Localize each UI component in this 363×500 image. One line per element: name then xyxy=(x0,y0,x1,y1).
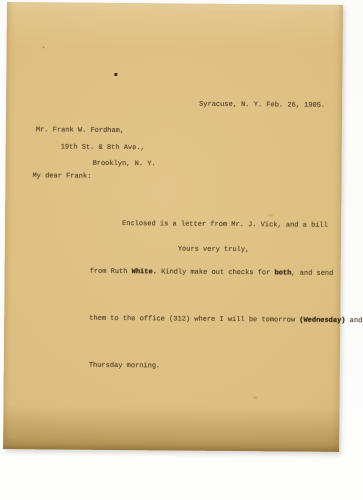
body-line-2: from Ruth White. Kindly make out checks … xyxy=(90,264,342,282)
paper-stain xyxy=(254,396,258,399)
recipient-city: Brooklyn, N. Y. xyxy=(93,159,156,170)
body-text-segment: them to the office (312) where I will be… xyxy=(89,314,299,324)
body-text-overstrike: White. xyxy=(132,268,157,276)
scan-background: Syracuse, N. Y. Feb. 26, 1905. Mr. Frank… xyxy=(0,0,363,500)
letter-body: Enclosed is a letter from Mr. J. Vick, a… xyxy=(88,186,342,408)
letter-dateline: Syracuse, N. Y. Feb. 26, 1905. xyxy=(199,100,325,111)
body-line-3: them to the office (312) where I will be… xyxy=(89,311,341,329)
letter-paper: Syracuse, N. Y. Feb. 26, 1905. Mr. Frank… xyxy=(3,2,343,452)
body-line-1: Enclosed is a letter from Mr. J. Vick, a… xyxy=(90,217,342,235)
recipient-street: 19th St. & 8th Ave., xyxy=(61,142,145,153)
body-line-4: Thursday morning. xyxy=(89,358,341,376)
body-text-segment: Kindly make out checks for xyxy=(157,268,275,277)
paper-speck xyxy=(114,73,117,76)
body-text-segment: Enclosed is a letter from Mr. J. Vick, a… xyxy=(122,220,328,230)
letter-salutation: My dear Frank: xyxy=(32,171,91,182)
paper-speck xyxy=(43,46,45,48)
paper-stain xyxy=(268,214,273,216)
recipient-name: Mr. Frank W. Fordham, xyxy=(36,125,124,136)
body-text-overstrike: (Wednesday) xyxy=(299,316,345,324)
body-text-segment: from Ruth xyxy=(90,267,132,275)
body-text-segment: Thursday morning. xyxy=(89,361,160,370)
letter-closing: Yours very truly, xyxy=(178,245,250,256)
body-text-segment: and xyxy=(345,317,362,325)
body-text-segment: , and send xyxy=(291,269,333,277)
body-text-overstrike: both xyxy=(274,269,291,277)
